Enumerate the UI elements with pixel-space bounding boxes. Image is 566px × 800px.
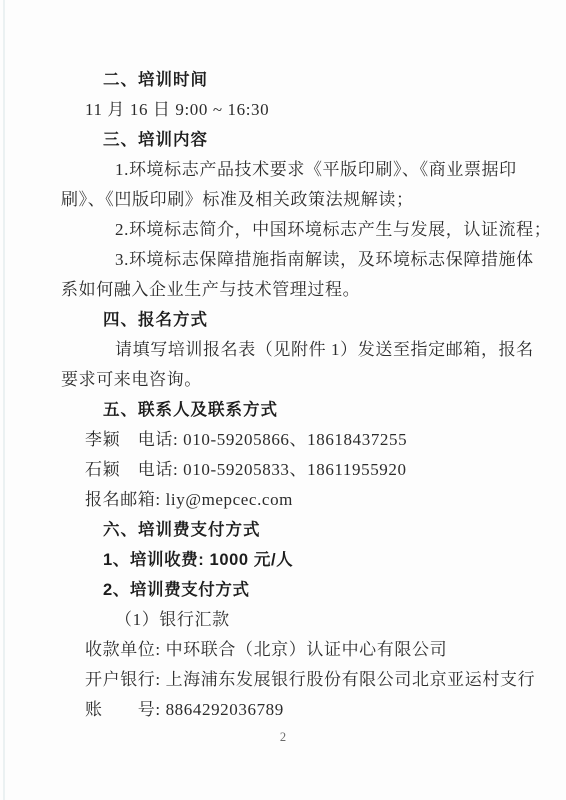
section-heading-contacts: 五、联系人及联系方式: [0, 395, 566, 425]
line-content-item1-part1: 1.环境标志产品技术要求《平版印刷》、《商业票据印: [0, 155, 566, 185]
line-training-date-time: 11 月 16 日 9:00 ~ 16:30: [0, 95, 566, 125]
line-training-fee: 1、培训收费: 1000 元/人: [0, 545, 566, 575]
line-contact-shi-ying: 石颖 电话: 010-59205833、18611955920: [0, 455, 566, 485]
section-heading-training-content: 三、培训内容: [0, 125, 566, 155]
document-body: 二、培训时间 11 月 16 日 9:00 ~ 16:30 三、培训内容 1.环…: [0, 65, 566, 725]
page-number: 2: [0, 722, 566, 752]
line-content-item1-part2: 刷》、《凹版印刷》标准及相关政策法规解读；: [0, 185, 566, 215]
line-registration-part1: 请填写培训报名表（见附件 1）发送至指定邮箱，报名: [0, 335, 566, 365]
scanned-document-page: 二、培训时间 11 月 16 日 9:00 ~ 16:30 三、培训内容 1.环…: [0, 0, 566, 800]
line-registration-part2: 要求可来电咨询。: [0, 365, 566, 395]
line-content-item2: 2.环境标志简介，中国环境标志产生与发展，认证流程；: [0, 215, 566, 245]
line-bank-name: 开户银行: 上海浦东发展银行股份有限公司北京亚运村支行: [0, 665, 566, 695]
line-content-item3-part2: 系如何融入企业生产与技术管理过程。: [0, 275, 566, 305]
line-account-number: 账 号: 8864292036789: [0, 695, 566, 725]
line-bank-transfer: （1）银行汇款: [0, 605, 566, 635]
line-content-item3-part1: 3.环境标志保障措施指南解读，及环境标志保障措施体: [0, 245, 566, 275]
line-contact-li-ying: 李颖 电话: 010-59205866、18618437255: [0, 425, 566, 455]
line-payee-name: 收款单位: 中环联合（北京）认证中心有限公司: [0, 635, 566, 665]
section-heading-payment: 六、培训费支付方式: [0, 515, 566, 545]
section-heading-registration: 四、报名方式: [0, 305, 566, 335]
line-payment-method: 2、培训费支付方式: [0, 575, 566, 605]
line-registration-email: 报名邮箱: liy@mepcec.com: [0, 485, 566, 515]
section-heading-training-time: 二、培训时间: [0, 65, 566, 95]
